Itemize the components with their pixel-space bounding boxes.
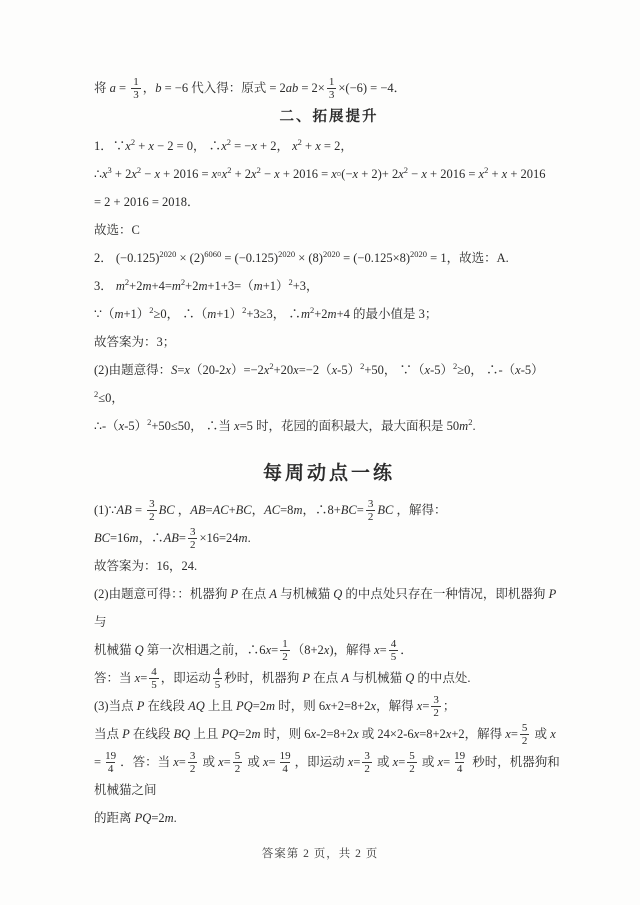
- line-q1-derivation: ∴x3 + 2x2 − x + 2016 = x▫x2 + 2x2 − x + …: [94, 160, 564, 188]
- math-variable: x: [502, 167, 508, 181]
- math-variable: x: [505, 727, 511, 741]
- math-variable: x: [311, 727, 317, 741]
- math-variable: AB: [117, 503, 132, 517]
- line-q2: 2． (−0.125)2020 × (2)6060 = (−0.125)2020…: [94, 244, 564, 272]
- math-variable: x: [371, 699, 377, 713]
- document-page: 将 a = 13，b = −6 代入得：原式 = 2ab = 2×13×(−6)…: [0, 0, 640, 905]
- page-footer: 答案第 2 页，共 2 页: [0, 845, 640, 861]
- math-variable: x: [148, 139, 154, 153]
- math-variable: x: [515, 363, 521, 377]
- math-variable: m: [328, 307, 337, 321]
- fraction: 52: [233, 750, 243, 775]
- line-q1-answer: 故选：C: [94, 216, 564, 244]
- math-variable: m: [207, 307, 216, 321]
- line-w2-setup: (2)由题意可得：：机器狗 P 在点 A 与机械猫 Q 的中点处只存在一种情况，…: [94, 580, 564, 636]
- line-w2-solve: 机械猫 Q 第一次相遇之前，∴6x=12（8+2x)，解得 x=45．: [94, 636, 564, 664]
- line-w1-answer: 故答案为：16，24.: [94, 552, 564, 580]
- line-q3-reason: ∵（m+1）2≥0， ∴（m+1）2+3≥3， ∴m2+2m+4 的最小值是 3…: [94, 300, 564, 328]
- math-variable: BQ: [174, 727, 191, 741]
- line-w3-case1: (3)当点 P 在线段 AQ 上且 PQ=2m 时，则 6x+2=8+2x，解得…: [94, 692, 564, 720]
- math-variable: m: [301, 307, 310, 321]
- math-variable: a: [110, 81, 116, 95]
- superscript: 6060: [204, 249, 221, 259]
- fraction: 194: [452, 750, 467, 775]
- fraction: 52: [407, 750, 417, 775]
- fraction: 13: [327, 76, 337, 101]
- fraction: 32: [366, 498, 376, 523]
- math-variable: AB: [190, 503, 205, 517]
- math-variable: x: [274, 167, 280, 181]
- superscript: 2: [242, 305, 246, 315]
- math-variable: x: [353, 727, 359, 741]
- math-variable: x: [417, 699, 423, 713]
- math-variable: m: [293, 503, 302, 517]
- math-variable: x: [315, 139, 321, 153]
- math-variable: x: [293, 363, 299, 377]
- heading-weekly-practice: 每周动点一练: [94, 452, 564, 496]
- superscript: 2: [404, 165, 408, 175]
- math-variable: PQ: [221, 727, 238, 741]
- math-variable: PQ: [236, 699, 253, 713]
- math-variable: m: [116, 279, 125, 293]
- superscript: 2020: [159, 249, 176, 259]
- math-variable: x: [184, 363, 190, 377]
- line-w3-case2: 当点 P 在线段 BQ 上且 PQ=2m 时，则 6x-2=8+2x 或 24×…: [94, 720, 564, 748]
- math-variable: BC: [341, 503, 357, 517]
- superscript: 2020: [410, 249, 427, 259]
- math-variable: x: [425, 363, 431, 377]
- math-variable: m: [251, 727, 260, 741]
- math-variable: x: [348, 755, 354, 769]
- math-variable: P: [122, 727, 130, 741]
- math-variable: Q: [333, 587, 342, 601]
- math-variable: x: [550, 727, 556, 741]
- math-variable: m: [266, 699, 275, 713]
- math-variable: Q: [135, 643, 144, 657]
- math-variable: m: [142, 279, 151, 293]
- math-variable: x: [119, 419, 125, 433]
- fraction: 12: [280, 638, 290, 663]
- line-w2-answer: 答：当 x=45，即运动45秒时，机器狗 P 在点 A 与机械猫 Q 的中点处.: [94, 664, 564, 692]
- fraction: 194: [103, 750, 118, 775]
- math-variable: x: [414, 727, 420, 741]
- superscript: 2: [484, 165, 488, 175]
- fraction: 13: [131, 76, 141, 101]
- math-variable: x: [212, 167, 218, 181]
- line-q1-result: = 2 + 2016 = 2018．: [94, 188, 564, 216]
- math-variable: AC: [264, 503, 280, 517]
- math-variable: BC: [377, 503, 393, 517]
- superscript: 2: [94, 389, 98, 399]
- math-variable: x: [173, 755, 179, 769]
- superscript: 2: [269, 361, 273, 371]
- math-variable: m: [198, 279, 207, 293]
- superscript: 2: [227, 137, 231, 147]
- math-variable: m: [239, 531, 248, 545]
- line-substitution: 将 a = 13，b = −6 代入得：原式 = 2ab = 2×13×(−6)…: [94, 74, 564, 102]
- math-variable: x: [251, 139, 257, 153]
- superscript: 2: [257, 165, 261, 175]
- line-w1-solve: BC=16m，∴AB=32×16=24m.: [94, 524, 564, 552]
- math-variable: BC: [94, 531, 110, 545]
- line-w1-given: (1)∵AB = 32BC ，AB=AC+BC，AC=8m，∴8+BC=32BC…: [94, 496, 564, 524]
- fraction: 32: [147, 498, 157, 523]
- superscript: 3: [108, 165, 112, 175]
- math-variable: PQ: [135, 811, 152, 825]
- line-q3-answer: 故答案为：3；: [94, 328, 564, 356]
- line-garden-answer: ∴-（x-5）2+50≤50， ∴当 x=5 时，花园的面积最大，最大面积是 5…: [94, 412, 564, 440]
- math-variable: x: [263, 755, 269, 769]
- math-variable: x: [393, 755, 399, 769]
- math-variable: Q: [405, 671, 414, 685]
- math-variable: x: [154, 167, 160, 181]
- math-variable: x: [331, 167, 337, 181]
- math-variable: x: [324, 643, 330, 657]
- math-variable: x: [225, 363, 231, 377]
- math-variable: x: [446, 727, 452, 741]
- math-variable: x: [234, 419, 240, 433]
- math-variable: x: [325, 699, 331, 713]
- math-variable: x: [266, 643, 272, 657]
- math-variable: m: [459, 419, 468, 433]
- math-variable: A: [341, 671, 349, 685]
- superscript: 2: [131, 137, 135, 147]
- superscript: 2020: [323, 249, 340, 259]
- superscript: 2: [453, 361, 457, 371]
- superscript: 2: [125, 277, 129, 287]
- superscript: 2: [227, 165, 231, 175]
- fraction: 32: [188, 750, 198, 775]
- fraction: 32: [362, 750, 372, 775]
- math-variable: m: [130, 531, 139, 545]
- math-variable: BC: [159, 503, 175, 517]
- document-body: 将 a = 13，b = −6 代入得：原式 = 2ab = 2×13×(−6)…: [0, 0, 640, 832]
- math-variable: AC: [213, 503, 229, 517]
- math-variable: b: [155, 81, 161, 95]
- math-variable: x: [374, 643, 380, 657]
- superscript: 2020: [278, 249, 295, 259]
- line-w3-answer-end: 的距离 PQ=2m.: [94, 804, 564, 832]
- superscript: 2: [298, 137, 302, 147]
- fraction: 194: [278, 750, 293, 775]
- fraction: 52: [520, 722, 530, 747]
- math-variable: x: [421, 167, 427, 181]
- math-variable: S: [171, 363, 177, 377]
- superscript: 2: [147, 417, 151, 427]
- math-variable: P: [230, 587, 238, 601]
- superscript: 2: [289, 277, 293, 287]
- math-variable: m: [254, 279, 263, 293]
- superscript: 2: [181, 277, 185, 287]
- fraction: 45: [389, 638, 399, 663]
- fraction: 45: [213, 666, 223, 691]
- math-variable: ab: [286, 81, 299, 95]
- math-variable: AB: [164, 531, 179, 545]
- superscript: 2: [360, 361, 364, 371]
- superscript: 2: [137, 165, 141, 175]
- math-variable: m: [172, 279, 181, 293]
- math-variable: P: [549, 587, 557, 601]
- line-q3-expand: 3． m2+2m+4=m2+2m+1+3=（m+1）2+3，: [94, 272, 564, 300]
- superscript: 2: [149, 305, 153, 315]
- fraction: 45: [149, 666, 159, 691]
- fraction: 32: [431, 694, 441, 719]
- line-w3-answer: =194．答：当 x=32 或 x=52 或 x=194，即运动 x=32 或 …: [94, 748, 564, 804]
- math-variable: AQ: [188, 699, 205, 713]
- heading-expansion: 二、拓展提升: [94, 102, 564, 132]
- math-variable: x: [353, 167, 359, 181]
- superscript: 2: [468, 417, 472, 427]
- math-variable: x: [218, 755, 224, 769]
- math-variable: x: [438, 755, 444, 769]
- fraction: 32: [188, 526, 198, 551]
- math-variable: x: [332, 363, 338, 377]
- line-q1-given: 1．∵x2 + x − 2 = 0， ∴x2 = −x + 2， x2 + x …: [94, 132, 564, 160]
- math-variable: P: [137, 699, 145, 713]
- superscript: 2: [310, 305, 314, 315]
- line-garden-derive: (2)由题意得：S=x（20-2x）=−2x2+20x=−2（x-5）2+50，…: [94, 356, 564, 412]
- math-variable: A: [269, 587, 277, 601]
- math-variable: m: [165, 811, 174, 825]
- math-variable: m: [114, 307, 123, 321]
- math-variable: P: [302, 671, 310, 685]
- math-variable: x: [135, 671, 141, 685]
- math-variable: BC: [236, 503, 252, 517]
